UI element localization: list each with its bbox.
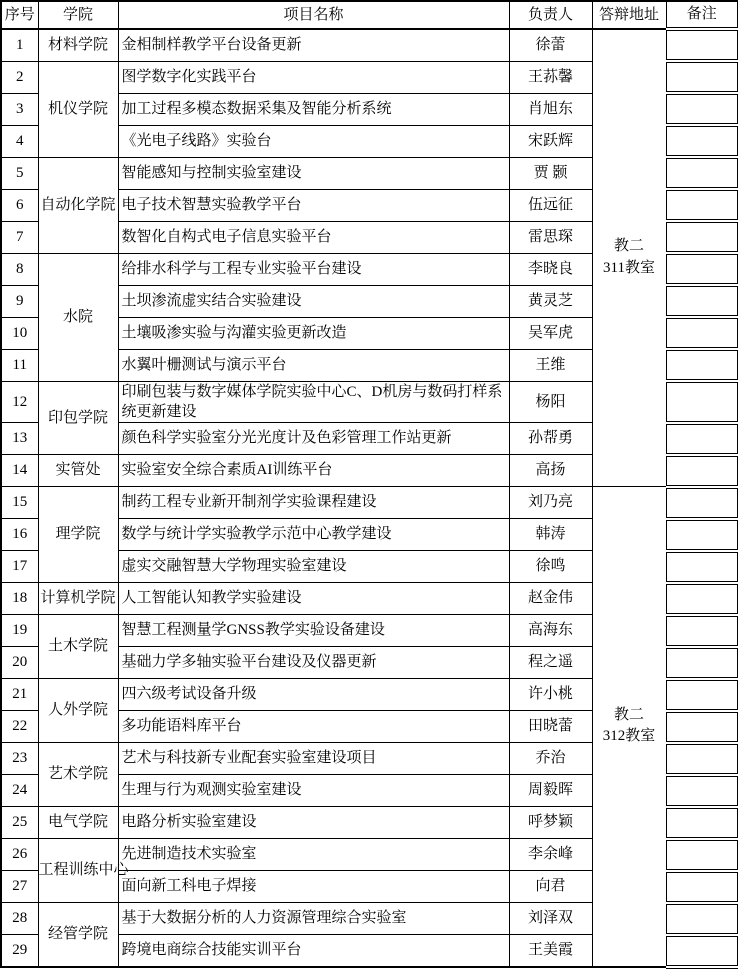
project-name-cell: 数学与统计学实验教学示范中心教学建设: [118, 519, 509, 551]
college-cell: 艺术学院: [38, 743, 118, 807]
leader-cell: 高海东: [509, 615, 592, 647]
row-number-cell: 13: [1, 423, 38, 455]
leader-cell: 吴军虎: [509, 317, 592, 349]
row-number-cell: 24: [1, 775, 38, 807]
row-number-cell: 28: [1, 903, 38, 935]
remark-cell: [666, 871, 738, 903]
project-name-cell: 生理与行为观测实验室建设: [118, 775, 509, 807]
project-name-cell: 实验室安全综合素质AI训练平台: [118, 455, 509, 487]
project-name-cell: 四六级考试设备升级: [118, 679, 509, 711]
remark-cell: [666, 455, 738, 487]
remark-cell: [666, 839, 738, 871]
row-number-cell: 1: [1, 29, 38, 61]
project-name-cell: 智能感知与控制实验室建设: [118, 157, 509, 189]
row-number-cell: 4: [1, 125, 38, 157]
project-name-cell: 电子技术智慧实验教学平台: [118, 189, 509, 221]
remark-cell: [666, 221, 738, 253]
college-cell: 理学院: [38, 487, 118, 583]
project-name-cell: 电路分析实验室建设: [118, 807, 509, 839]
header-leader: 负责人: [509, 1, 592, 29]
leader-cell: 徐鸣: [509, 551, 592, 583]
college-cell: 土木学院: [38, 615, 118, 679]
leader-cell: 乔治: [509, 743, 592, 775]
remark-cell: [666, 285, 738, 317]
row-number-cell: 23: [1, 743, 38, 775]
leader-cell: 杨阳: [509, 381, 592, 423]
project-name-cell: 先进制造技术实验室: [118, 839, 509, 871]
remark-cell: [666, 775, 738, 807]
project-name-cell: 基础力学多轴实验平台建设及仪器更新: [118, 647, 509, 679]
row-number-cell: 16: [1, 519, 38, 551]
row-number-cell: 20: [1, 647, 38, 679]
college-cell: 电气学院: [38, 807, 118, 839]
leader-cell: 李晓良: [509, 253, 592, 285]
remark-cell: [666, 583, 738, 615]
remark-cell: [666, 711, 738, 743]
college-cell: 经管学院: [38, 903, 118, 967]
project-name-cell: 人工智能认知教学实验建设: [118, 583, 509, 615]
leader-cell: 呼梦颖: [509, 807, 592, 839]
project-name-cell: 《光电子线路》实验台: [118, 125, 509, 157]
project-name-cell: 加工过程多模态数据采集及智能分析系统: [118, 93, 509, 125]
leader-cell: 韩涛: [509, 519, 592, 551]
row-number-cell: 9: [1, 285, 38, 317]
leader-cell: 徐蕾: [509, 29, 592, 61]
remark-cell: [666, 189, 738, 221]
remark-cell: [666, 381, 738, 423]
project-name-cell: 跨境电商综合技能实训平台: [118, 935, 509, 967]
college-cell: 人外学院: [38, 679, 118, 743]
row-number-cell: 2: [1, 61, 38, 93]
row-number-cell: 11: [1, 349, 38, 381]
remark-cell: [666, 423, 738, 455]
leader-cell: 刘泽双: [509, 903, 592, 935]
row-number-cell: 10: [1, 317, 38, 349]
leader-cell: 高扬: [509, 455, 592, 487]
remark-cell: [666, 487, 738, 519]
row-number-cell: 14: [1, 455, 38, 487]
table-header: 序号 学院 项目名称 负责人 答辩地址 备注: [1, 1, 738, 29]
leader-cell: 王维: [509, 349, 592, 381]
remark-cell: [666, 93, 738, 125]
row-number-cell: 6: [1, 189, 38, 221]
leader-cell: 宋跃辉: [509, 125, 592, 157]
remark-cell: [666, 317, 738, 349]
table-body: 1材料学院金相制样教学平台设备更新徐蕾教二311教室2机仪学院图学数字化实践平台…: [1, 29, 738, 967]
project-name-cell: 基于大数据分析的人力资源管理综合实验室: [118, 903, 509, 935]
remark-cell: [666, 679, 738, 711]
header-row: 序号 学院 项目名称 负责人 答辩地址 备注: [1, 1, 738, 29]
header-venue: 答辩地址: [592, 1, 666, 29]
project-name-cell: 艺术与科技新专业配套实验室建设项目: [118, 743, 509, 775]
college-cell: 计算机学院: [38, 583, 118, 615]
remark-cell: [666, 125, 738, 157]
project-name-cell: 土壤吸渗实验与沟灌实验更新改造: [118, 317, 509, 349]
row-number-cell: 25: [1, 807, 38, 839]
remark-cell: [666, 903, 738, 935]
leader-cell: 周毅晖: [509, 775, 592, 807]
college-cell: 印包学院: [38, 381, 118, 455]
remark-cell: [666, 647, 738, 679]
project-name-cell: 面向新工科电子焊接: [118, 871, 509, 903]
leader-cell: 肖旭东: [509, 93, 592, 125]
row-number-cell: 19: [1, 615, 38, 647]
venue-cell: 教二311教室: [592, 29, 666, 487]
leader-cell: 刘乃亮: [509, 487, 592, 519]
leader-cell: 孙帮勇: [509, 423, 592, 455]
row-number-cell: 7: [1, 221, 38, 253]
project-name-cell: 制药工程专业新开制剂学实验课程建设: [118, 487, 509, 519]
remark-cell: [666, 935, 738, 967]
remark-cell: [666, 253, 738, 285]
remark-cell: [666, 349, 738, 381]
college-cell: 实管处: [38, 455, 118, 487]
row-number-cell: 8: [1, 253, 38, 285]
row-number-cell: 22: [1, 711, 38, 743]
college-cell: 材料学院: [38, 29, 118, 61]
remark-cell: [666, 29, 738, 61]
leader-cell: 雷思琛: [509, 221, 592, 253]
table-row: 15理学院制药工程专业新开制剂学实验课程建设刘乃亮教二312教室: [1, 487, 738, 519]
venue-building: 教二: [594, 705, 665, 727]
leader-cell: 伍远征: [509, 189, 592, 221]
row-number-cell: 5: [1, 157, 38, 189]
project-name-cell: 多功能语料库平台: [118, 711, 509, 743]
header-row-number: 序号: [1, 1, 38, 29]
college-cell: 工程训练中心: [38, 839, 118, 903]
venue-room: 312教室: [594, 726, 665, 748]
leader-cell: 程之遥: [509, 647, 592, 679]
project-name-cell: 金相制样教学平台设备更新: [118, 29, 509, 61]
venue-building: 教二: [594, 236, 665, 258]
project-name-cell: 水翼叶栅测试与演示平台: [118, 349, 509, 381]
project-name-cell: 颜色科学实验室分光光度计及色彩管理工作站更新: [118, 423, 509, 455]
venue-room: 311教室: [594, 258, 665, 280]
row-number-cell: 3: [1, 93, 38, 125]
row-number-cell: 12: [1, 381, 38, 423]
table-row: 1材料学院金相制样教学平台设备更新徐蕾教二311教室: [1, 29, 738, 61]
leader-cell: 赵金伟: [509, 583, 592, 615]
remark-cell: [666, 157, 738, 189]
row-number-cell: 29: [1, 935, 38, 967]
college-cell: 机仪学院: [38, 61, 118, 157]
row-number-cell: 27: [1, 871, 38, 903]
row-number-cell: 21: [1, 679, 38, 711]
remark-cell: [666, 519, 738, 551]
row-number-cell: 15: [1, 487, 38, 519]
header-college: 学院: [38, 1, 118, 29]
project-defense-table: 序号 学院 项目名称 负责人 答辩地址 备注 1材料学院金相制样教学平台设备更新…: [0, 0, 738, 969]
remark-cell: [666, 61, 738, 93]
remark-cell: [666, 615, 738, 647]
leader-cell: 李余峰: [509, 839, 592, 871]
header-remark: 备注: [666, 1, 738, 29]
college-cell: 水院: [38, 253, 118, 381]
row-number-cell: 17: [1, 551, 38, 583]
remark-cell: [666, 743, 738, 775]
venue-cell: 教二312教室: [592, 487, 666, 967]
college-cell: 自动化学院: [38, 157, 118, 253]
row-number-cell: 18: [1, 583, 38, 615]
project-name-cell: 数智化自构式电子信息实验平台: [118, 221, 509, 253]
leader-cell: 王美霞: [509, 935, 592, 967]
header-project-name: 项目名称: [118, 1, 509, 29]
project-name-cell: 印刷包装与数字媒体学院实验中心C、D机房与数码打样系统更新建设: [118, 381, 509, 423]
row-number-cell: 26: [1, 839, 38, 871]
project-name-cell: 图学数字化实践平台: [118, 61, 509, 93]
project-name-cell: 土坝渗流虚实结合实验建设: [118, 285, 509, 317]
remark-cell: [666, 551, 738, 583]
project-name-cell: 智慧工程测量学GNSS教学实验设备建设: [118, 615, 509, 647]
project-name-cell: 虚实交融智慧大学物理实验室建设: [118, 551, 509, 583]
leader-cell: 王荪馨: [509, 61, 592, 93]
leader-cell: 向君: [509, 871, 592, 903]
leader-cell: 许小桃: [509, 679, 592, 711]
leader-cell: 黄灵芝: [509, 285, 592, 317]
project-name-cell: 给排水科学与工程专业实验平台建设: [118, 253, 509, 285]
remark-cell: [666, 807, 738, 839]
leader-cell: 田晓蕾: [509, 711, 592, 743]
leader-cell: 贾 颢: [509, 157, 592, 189]
